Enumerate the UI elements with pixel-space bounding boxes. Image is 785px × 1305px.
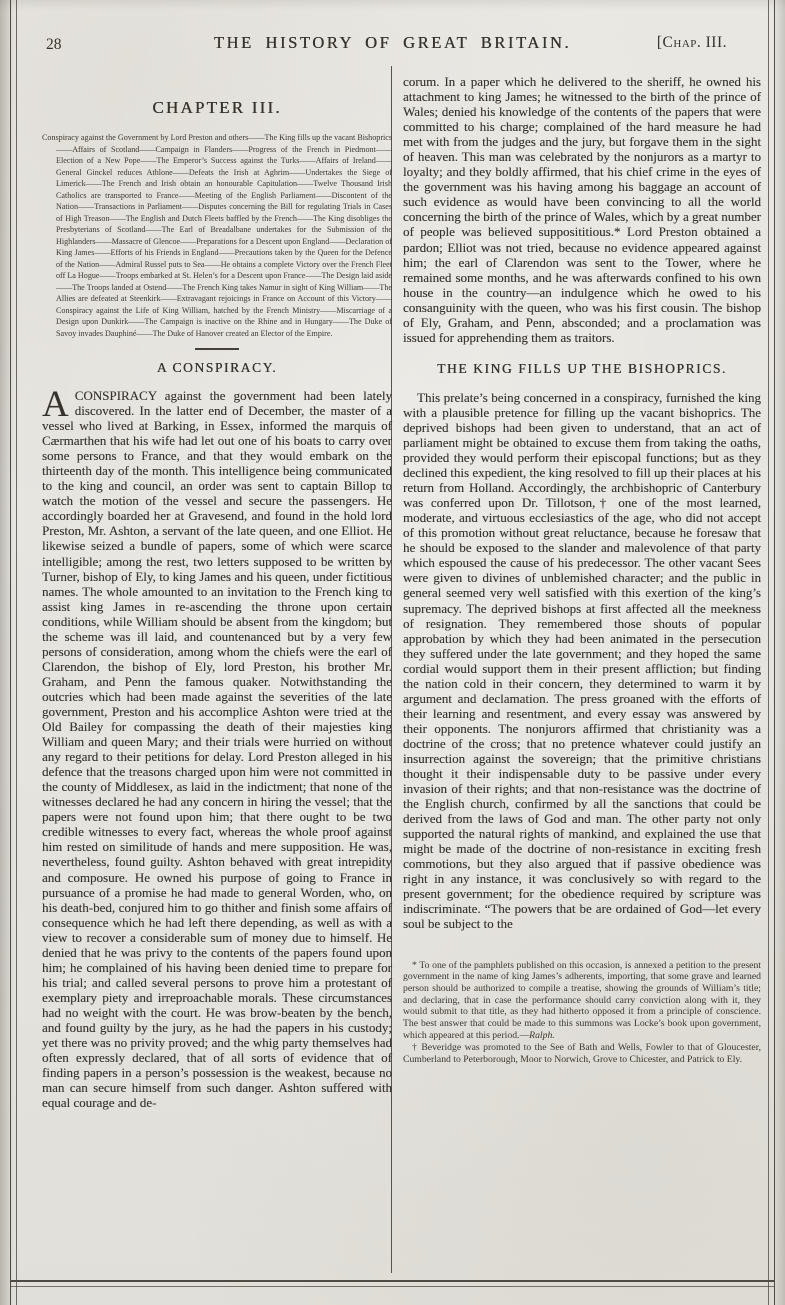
footnotes: * To one of the pamphlets published on t… [403,960,761,1066]
footnote-attribution: Ralph. [529,1030,555,1041]
right-column: corum. In a paper which he delivered to … [403,74,761,1066]
chapter-summary: Conspiracy against the Government by Lor… [42,132,392,339]
bottom-rule-lower [10,1286,775,1287]
footnote-asterisk-text: * To one of the pamphlets published on t… [403,960,761,1041]
book-page: 28 THE HISTORY OF GREAT BRITAIN. [Chap. … [0,0,785,1305]
page-frame-line-right-inner [768,0,769,1305]
chapter-reference: [Chap. III. [657,34,727,52]
footnote-asterisk: * To one of the pamphlets published on t… [403,960,761,1042]
section-rule [195,348,239,350]
conspiracy-paragraph: ACONSPIRACY against the government had b… [42,388,392,1110]
footnote-dagger: † Beveridge was promoted to the See of B… [403,1042,761,1065]
page-frame-line-left-inner [16,0,17,1305]
left-column: CHAPTER III. Conspiracy against the Gove… [42,98,392,1110]
drop-cap: A [42,388,75,418]
section-heading-bishoprics: THE KING FILLS UP THE BISHOPRICS. [403,361,761,377]
page-frame-line-right-outer [774,0,775,1305]
section-heading-conspiracy: A CONSPIRACY. [42,360,392,376]
page-frame-line-left-outer [10,0,11,1305]
chapter-heading: CHAPTER III. [42,98,392,118]
bishoprics-paragraph: This prelate’s being concerned in a cons… [403,390,761,932]
continuation-paragraph: corum. In a paper which he delivered to … [403,74,761,345]
conspiracy-paragraph-text: CONSPIRACY against the government had be… [42,388,392,1110]
bottom-rule-upper [10,1280,775,1282]
